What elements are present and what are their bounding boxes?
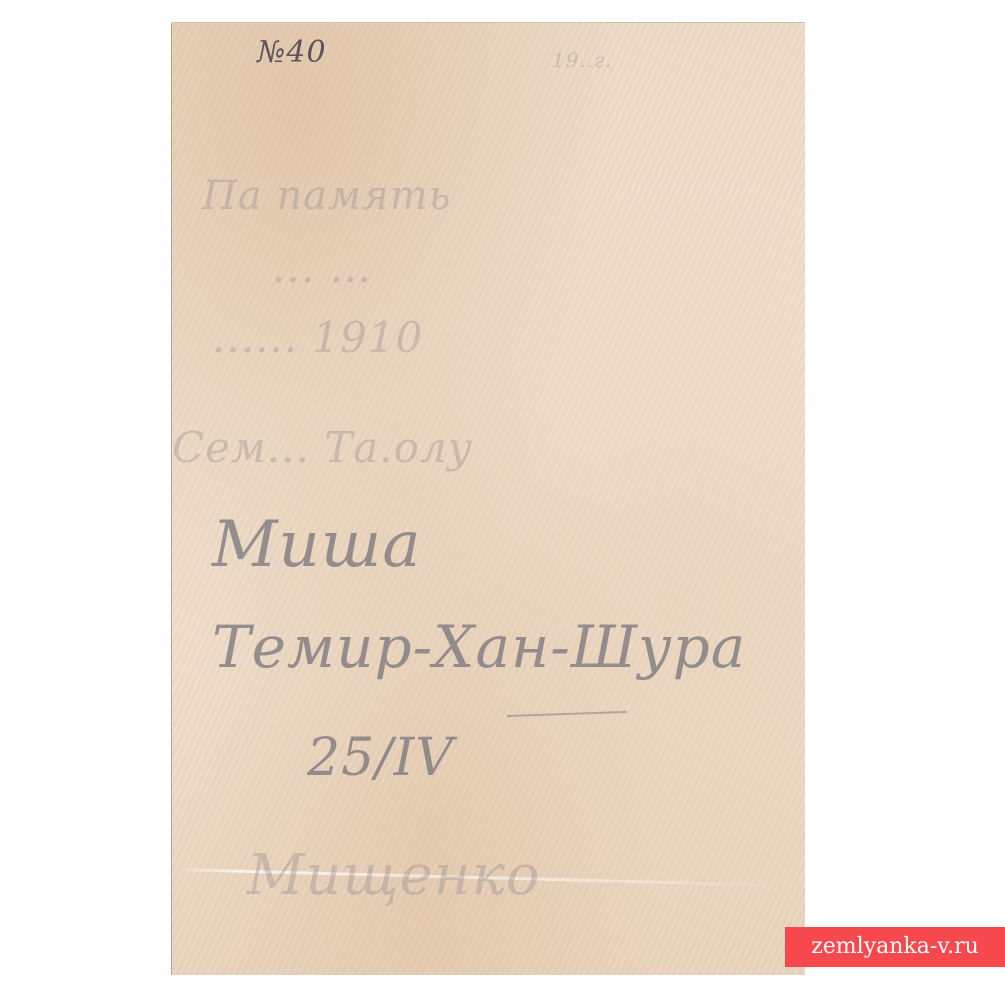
handwriting-line-1: Па память [202,173,451,219]
handwriting-line-6: Темир-Хан-Шура [212,613,746,681]
handwriting-line-4: Сем... Та.олу [172,423,473,472]
handwriting-line-5: Миша [212,508,422,582]
handwriting-underline [507,711,627,717]
watermark-label: zemlyanka-v.ru [785,927,1005,967]
paper-card: №40 19..г. Па память ... … ...... 1910 С… [172,23,805,975]
faint-top-right-note: 19..г. [552,48,613,72]
card-number: №40 [257,35,327,70]
handwriting-line-2: ... … [272,243,372,292]
handwriting-line-3: ...... 1910 [212,313,423,362]
handwriting-line-7: 25/IV [307,728,454,788]
handwriting-signature: Мищенко [247,843,541,908]
